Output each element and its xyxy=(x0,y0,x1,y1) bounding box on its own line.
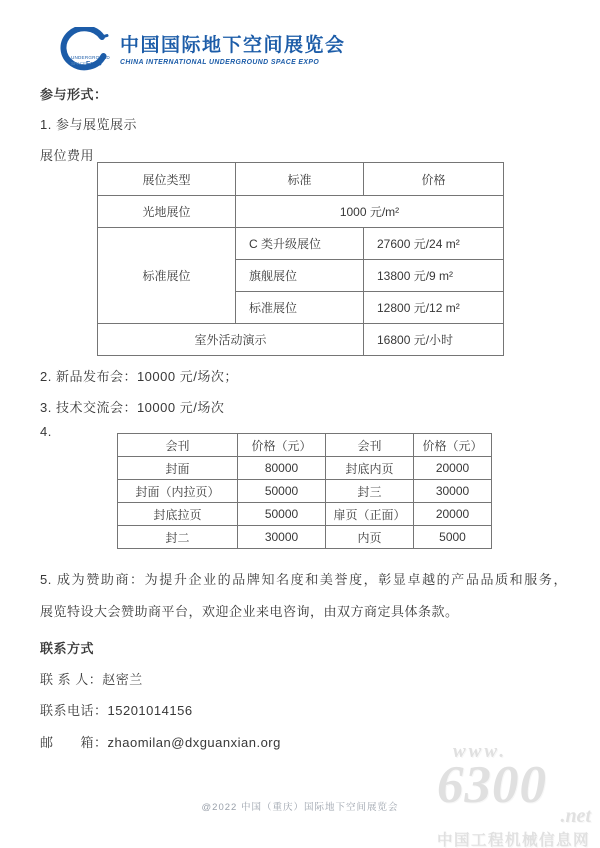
item-2-launch-event: 2. 新品发布会：10000 元/场次； xyxy=(40,366,238,385)
cell-inner-page-price: 5000 xyxy=(414,526,492,549)
icon-text-expo: Expo xyxy=(86,61,102,68)
contact-phone-value: 15201014156 xyxy=(108,703,193,718)
header-booth-type: 展位类型 xyxy=(98,163,236,196)
header-price-1: 价格（元） xyxy=(238,434,326,457)
cell-front-foldout-price: 50000 xyxy=(238,480,326,503)
contact-phone-row: 联系电话：15201014156 xyxy=(40,700,193,719)
underground-space-expo-icon: UNDERGROUND SPACE Expo xyxy=(57,27,113,74)
cell-type-c-upgrade: C 类升级展位 xyxy=(236,228,364,260)
watermark-caption: 中国工程机械信息网 xyxy=(437,828,595,848)
table-row: 封面（内拉页） 50000 封三 30000 xyxy=(118,480,492,503)
cell-cover-three-price: 30000 xyxy=(414,480,492,503)
expo-logo: UNDERGROUND SPACE Expo 中国国际地下空间展览会 CHINA… xyxy=(57,27,346,74)
table-row: 展位类型 标准 价格 xyxy=(98,163,504,196)
contact-person-label: 联 系 人： xyxy=(40,672,102,687)
icon-text-underground: UNDERGROUND xyxy=(71,55,110,60)
cell-outdoor-demo: 室外活动演示 xyxy=(98,324,364,356)
contact-email-label: 邮 箱： xyxy=(40,735,108,750)
cell-outdoor-price: 16800 元/小时 xyxy=(364,324,504,356)
booth-fee-table: 展位类型 标准 价格 光地展位 1000 元/m² 标准展位 C 类升级展位 2… xyxy=(97,162,504,356)
cell-inner-page: 内页 xyxy=(326,526,414,549)
site-watermark: www. 6300 .net 中国工程机械信息网 xyxy=(437,742,595,848)
cell-cover-two: 封二 xyxy=(118,526,238,549)
icon-text-space: SPACE xyxy=(71,61,86,66)
contact-heading: 联系方式 xyxy=(40,638,94,657)
header-journal-2: 会刊 xyxy=(326,434,414,457)
cell-title-page-price: 20000 xyxy=(414,503,492,526)
header-price-2: 价格（元） xyxy=(414,434,492,457)
table-row: 室外活动演示 16800 元/小时 xyxy=(98,324,504,356)
item-3-tech-exchange: 3. 技术交流会：10000 元/场次 xyxy=(40,397,224,416)
cell-type-flagship: 旗舰展位 xyxy=(236,260,364,292)
contact-phone-label: 联系电话： xyxy=(40,703,108,718)
contact-person-value: 赵密兰 xyxy=(102,672,143,687)
journal-price-table: 会刊 价格（元） 会刊 价格（元） 封面 80000 封底内页 20000 封面… xyxy=(117,433,492,549)
contact-person-row: 联 系 人：赵密兰 xyxy=(40,669,143,688)
header-price: 价格 xyxy=(364,163,504,196)
table-row: 封面 80000 封底内页 20000 xyxy=(118,457,492,480)
watermark-6300: 6300 xyxy=(437,761,595,810)
item-1-exhibition: 1. 参与展览展示 xyxy=(40,114,137,133)
item-5-sponsor-paragraph: 5. 成为赞助商：为提升企业的品牌知名度和美誉度，彰显卓越的产品品质和服务， 展… xyxy=(40,564,567,628)
table-row: 封底拉页 50000 扉页（正面） 20000 xyxy=(118,503,492,526)
header-journal-1: 会刊 xyxy=(118,434,238,457)
table-row: 封二 30000 内页 5000 xyxy=(118,526,492,549)
table-row: 会刊 价格（元） 会刊 价格（元） xyxy=(118,434,492,457)
cell-back-inside-price: 20000 xyxy=(414,457,492,480)
cell-front-foldout: 封面（内拉页） xyxy=(118,480,238,503)
sponsor-line-2: 展览特设大会赞助商平台，欢迎企业来电咨询，由双方商定具体条款。 xyxy=(40,596,567,628)
sponsor-line-1: 5. 成为赞助商：为提升企业的品牌知名度和美誉度，彰显卓越的产品品质和服务， xyxy=(40,564,567,596)
cell-back-foldout-price: 50000 xyxy=(238,503,326,526)
cell-front-cover: 封面 xyxy=(118,457,238,480)
cell-cover-two-price: 30000 xyxy=(238,526,326,549)
cell-open-ground-price: 1000 元/m² xyxy=(236,196,504,228)
cell-front-cover-price: 80000 xyxy=(238,457,326,480)
cell-price-standard: 12800 元/12 m² xyxy=(364,292,504,324)
cell-type-standard: 标准展位 xyxy=(236,292,364,324)
cell-price-flagship: 13800 元/9 m² xyxy=(364,260,504,292)
logo-title-cn: 中国国际地下空间展览会 xyxy=(120,35,346,57)
participation-heading: 参与形式： xyxy=(40,84,108,103)
booth-fee-label: 展位费用 xyxy=(40,145,94,164)
logo-subtitle-en: CHINA INTERNATIONAL UNDERGROUND SPACE EX… xyxy=(120,59,346,66)
logo-text-block: 中国国际地下空间展览会 CHINA INTERNATIONAL UNDERGRO… xyxy=(120,35,346,67)
table-row: 光地展位 1000 元/m² xyxy=(98,196,504,228)
cell-standard-booth-group: 标准展位 xyxy=(98,228,236,324)
cell-title-page: 扉页（正面） xyxy=(326,503,414,526)
cell-back-foldout: 封底拉页 xyxy=(118,503,238,526)
cell-back-inside: 封底内页 xyxy=(326,457,414,480)
document-page: UNDERGROUND SPACE Expo 中国国际地下空间展览会 CHINA… xyxy=(0,0,600,848)
cell-price-c-upgrade: 27600 元/24 m² xyxy=(364,228,504,260)
cell-open-ground: 光地展位 xyxy=(98,196,236,228)
table-row: 标准展位 C 类升级展位 27600 元/24 m² xyxy=(98,228,504,260)
cell-cover-three: 封三 xyxy=(326,480,414,503)
contact-email-value: zhaomilan@dxguanxian.org xyxy=(108,735,281,750)
item-4-label: 4. xyxy=(40,424,52,439)
header-standard: 标准 xyxy=(236,163,364,196)
contact-email-row: 邮 箱：zhaomilan@dxguanxian.org xyxy=(40,732,281,751)
